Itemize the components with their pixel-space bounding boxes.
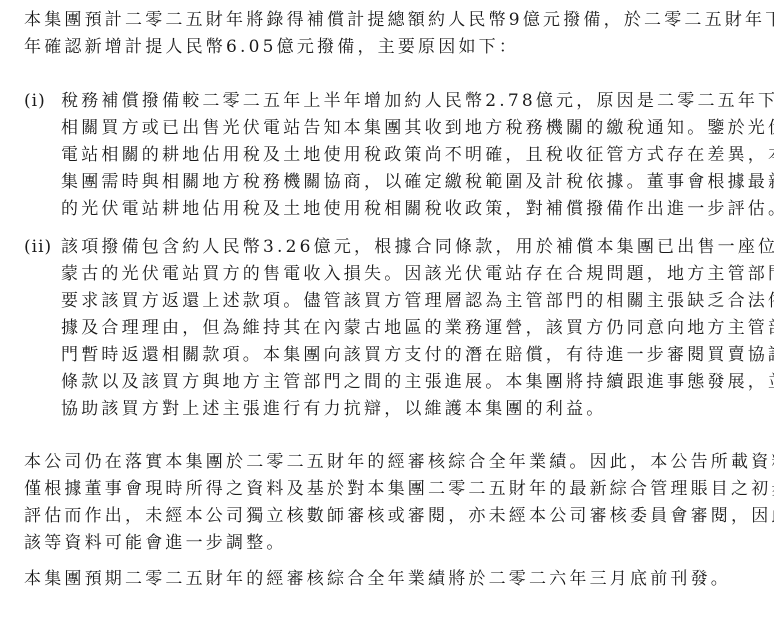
- item-label: (i): [24, 88, 46, 115]
- document-page: 本集團預計二零二五財年將錄得補償計提總額約人民幣9億元撥備，於二零二五財年下半 …: [0, 0, 774, 626]
- text-line: 該等資料可能會進一步調整。: [24, 530, 750, 557]
- text-line: 要求該買方返還上述款項。儘管該買方管理層認為主管部門的相關主張缺乏合法依: [61, 288, 751, 315]
- intro-paragraph: 本集團預計二零二五財年將錄得補償計提總額約人民幣9億元撥備，於二零二五財年下半 …: [24, 7, 750, 61]
- text-line: 條款以及該買方與地方主管部門之間的主張進展。本集團將持續跟進事態發展，並: [61, 369, 751, 396]
- text-line: 蒙古的光伏電站買方的售電收入損失。因該光伏電站存在合規問題，地方主管部門: [61, 261, 751, 288]
- text-line: 協助該買方對上述主張進行有力抗辯，以維護本集團的利益。: [61, 396, 751, 423]
- text-line: 該項撥備包含約人民幣3.26億元，根據合同條款，用於補償本集團已出售一座位於內: [61, 234, 751, 261]
- text-line: 的光伏電站耕地佔用稅及土地使用稅相關稅收政策，對補償撥備作出進一步評估。: [61, 196, 751, 223]
- text-line: 本公司仍在落實本集團於二零二五財年的經審核綜合全年業績。因此，本公告所載資料: [24, 449, 750, 476]
- text-line: 電站相關的耕地佔用稅及土地使用稅政策尚不明確，且稅收征管方式存在差異，本: [61, 142, 751, 169]
- text-line: 集團需時與相關地方稅務機關協商，以確定繳稅範圍及計稅依據。董事會根據最新: [61, 169, 751, 196]
- text-line: 年確認新增計提人民幣6.05億元撥備，主要原因如下：: [24, 34, 750, 61]
- text-line: 門暫時返還相關款項。本集團向該買方支付的潛在賠償，有待進一步審閱買賣協議: [61, 342, 751, 369]
- text-line: 本集團預期二零二五財年的經審核綜合全年業績將於二零二六年三月底前刊發。: [24, 566, 750, 593]
- text-line: 評估而作出，未經本公司獨立核數師審核或審閱，亦未經本公司審核委員會審閱，因此: [24, 503, 750, 530]
- text-line: 稅務補償撥備較二零二五年上半年增加約人民幣2.78億元，原因是二零二五年下半年，: [61, 88, 751, 115]
- text-line: 僅根據董事會現時所得之資料及基於對本集團二零二五財年的最新綜合管理賬目之初步: [24, 476, 750, 503]
- item-label: (ii): [24, 234, 52, 261]
- publication-note-paragraph: 本集團預期二零二五財年的經審核綜合全年業績將於二零二六年三月底前刊發。: [24, 566, 750, 593]
- text-line: 相關買方或已出售光伏電站告知本集團其收到地方稅務機關的繳稅通知。鑒於光伏: [61, 115, 751, 142]
- text-line: 據及合理理由，但為維持其在內蒙古地區的業務運營，該買方仍同意向地方主管部: [61, 315, 751, 342]
- audit-note-paragraph: 本公司仍在落實本集團於二零二五財年的經審核綜合全年業績。因此，本公告所載資料 僅…: [24, 449, 750, 557]
- text-line: 本集團預計二零二五財年將錄得補償計提總額約人民幣9億元撥備，於二零二五財年下半: [24, 7, 750, 34]
- item-body: 該項撥備包含約人民幣3.26億元，根據合同條款，用於補償本集團已出售一座位於內 …: [61, 234, 751, 423]
- item-body: 稅務補償撥備較二零二五年上半年增加約人民幣2.78億元，原因是二零二五年下半年，…: [61, 88, 751, 223]
